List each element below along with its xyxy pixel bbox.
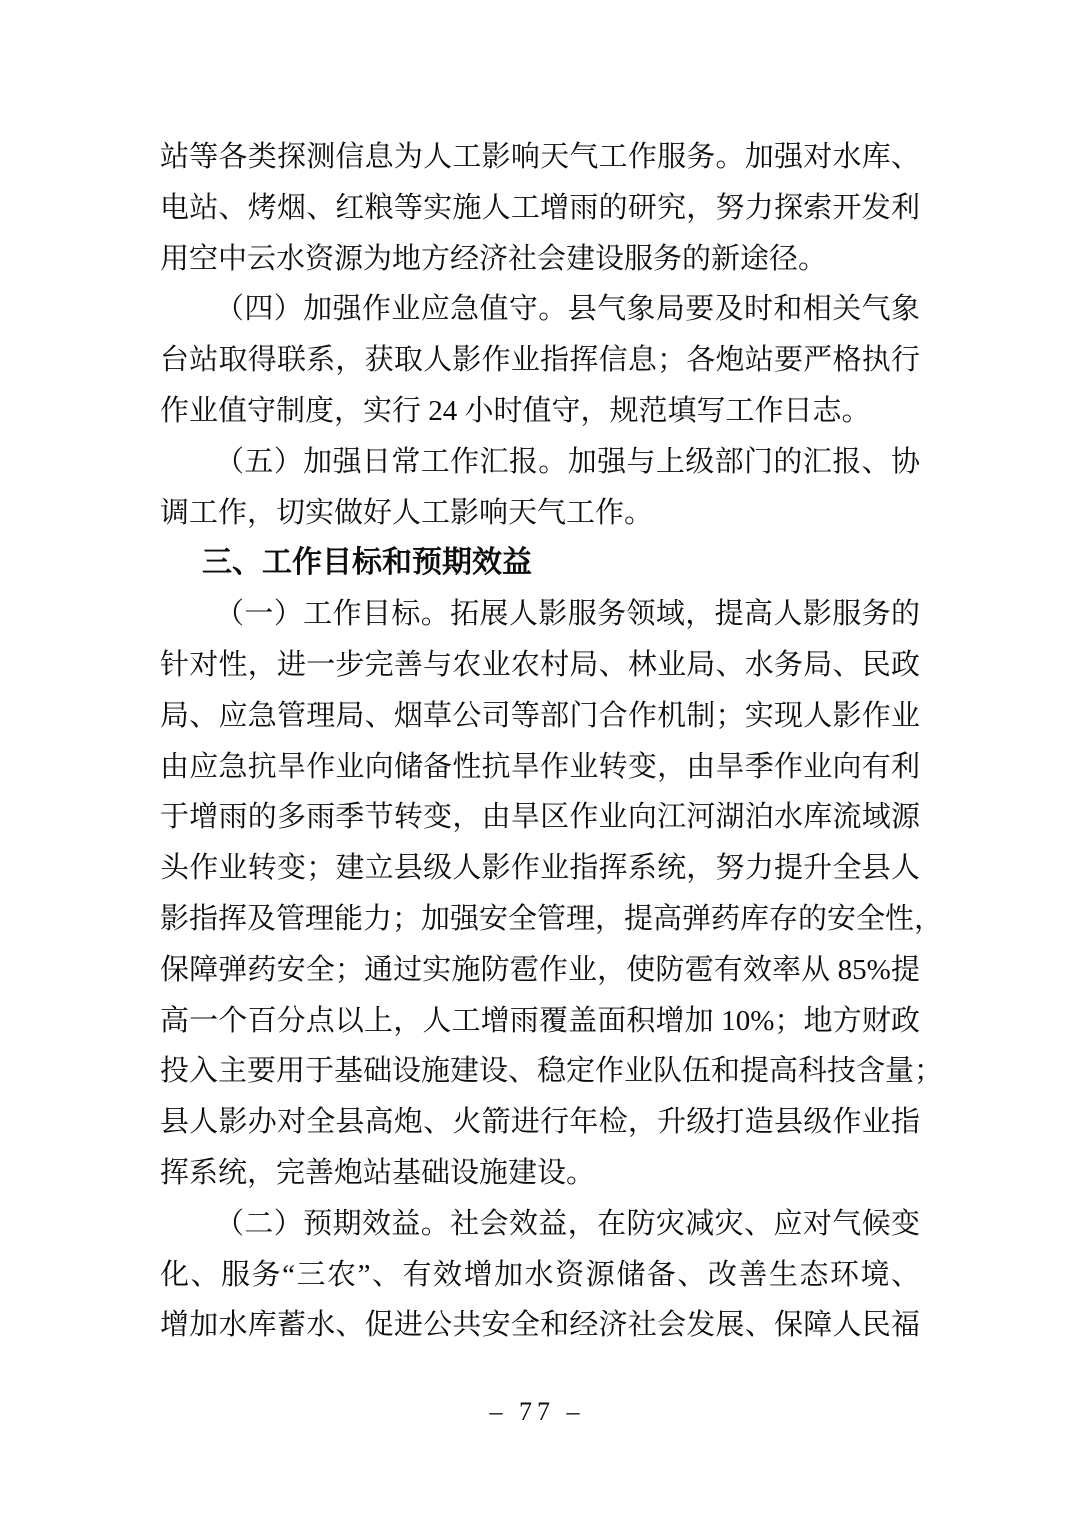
- text-line: 保障弹药安全；通过实施防雹作业，使防雹有效率从 85%提: [160, 945, 920, 996]
- text-line: 台站取得联系，获取人影作业指挥信息；各炮站要严格执行: [160, 335, 920, 386]
- text-line: 于增雨的多雨季节转变，由旱区作业向江河湖泊水库流域源: [160, 792, 920, 843]
- text-line: （四）加强作业应急值守。县气象局要及时和相关气象: [160, 284, 920, 335]
- section-heading: 三、工作目标和预期效益: [160, 538, 920, 589]
- text-line: （二）预期效益。社会效益，在防灾减灾、应对气候变: [160, 1199, 920, 1250]
- text-line: 用空中云水资源为地方经济社会建设服务的新途径。: [160, 234, 920, 285]
- text-line: 头作业转变；建立县级人影作业指挥系统，努力提升全县人: [160, 843, 920, 894]
- text-line: 投入主要用于基础设施建设、稳定作业队伍和提高科技含量；: [160, 1046, 920, 1097]
- text-line: 针对性，进一步完善与农业农村局、林业局、水务局、民政: [160, 640, 920, 691]
- text-line: 影指挥及管理能力；加强安全管理，提高弹药库存的安全性，: [160, 894, 920, 945]
- text-line: 调工作，切实做好人工影响天气工作。: [160, 488, 920, 539]
- text-line: 挥系统，完善炮站基础设施建设。: [160, 1148, 920, 1199]
- document-page: 站等各类探测信息为人工影响天气工作服务。加强对水库、电站、烤烟、红粮等实施人工增…: [0, 0, 1074, 1520]
- text-line: （五）加强日常工作汇报。加强与上级部门的汇报、协: [160, 437, 920, 488]
- text-line: 作业值守制度，实行 24 小时值守，规范填写工作日志。: [160, 386, 920, 437]
- text-line: 局、应急管理局、烟草公司等部门合作机制；实现人影作业: [160, 691, 920, 742]
- page-number: – 77 –: [0, 1392, 1074, 1432]
- text-line: 站等各类探测信息为人工影响天气工作服务。加强对水库、: [160, 132, 920, 183]
- text-line: 化、服务“三农”、有效增加水资源储备、改善生态环境、: [160, 1250, 920, 1301]
- text-line: 电站、烤烟、红粮等实施人工增雨的研究，努力探索开发利: [160, 183, 920, 234]
- document-body: 站等各类探测信息为人工影响天气工作服务。加强对水库、电站、烤烟、红粮等实施人工增…: [160, 132, 920, 1351]
- text-line: 县人影办对全县高炮、火箭进行年检，升级打造县级作业指: [160, 1097, 920, 1148]
- text-line: 增加水库蓄水、促进公共安全和经济社会发展、保障人民福: [160, 1300, 920, 1351]
- text-line: 由应急抗旱作业向储备性抗旱作业转变，由旱季作业向有利: [160, 742, 920, 793]
- text-line: （一）工作目标。拓展人影服务领域，提高人影服务的: [160, 589, 920, 640]
- text-line: 高一个百分点以上，人工增雨覆盖面积增加 10%；地方财政: [160, 996, 920, 1047]
